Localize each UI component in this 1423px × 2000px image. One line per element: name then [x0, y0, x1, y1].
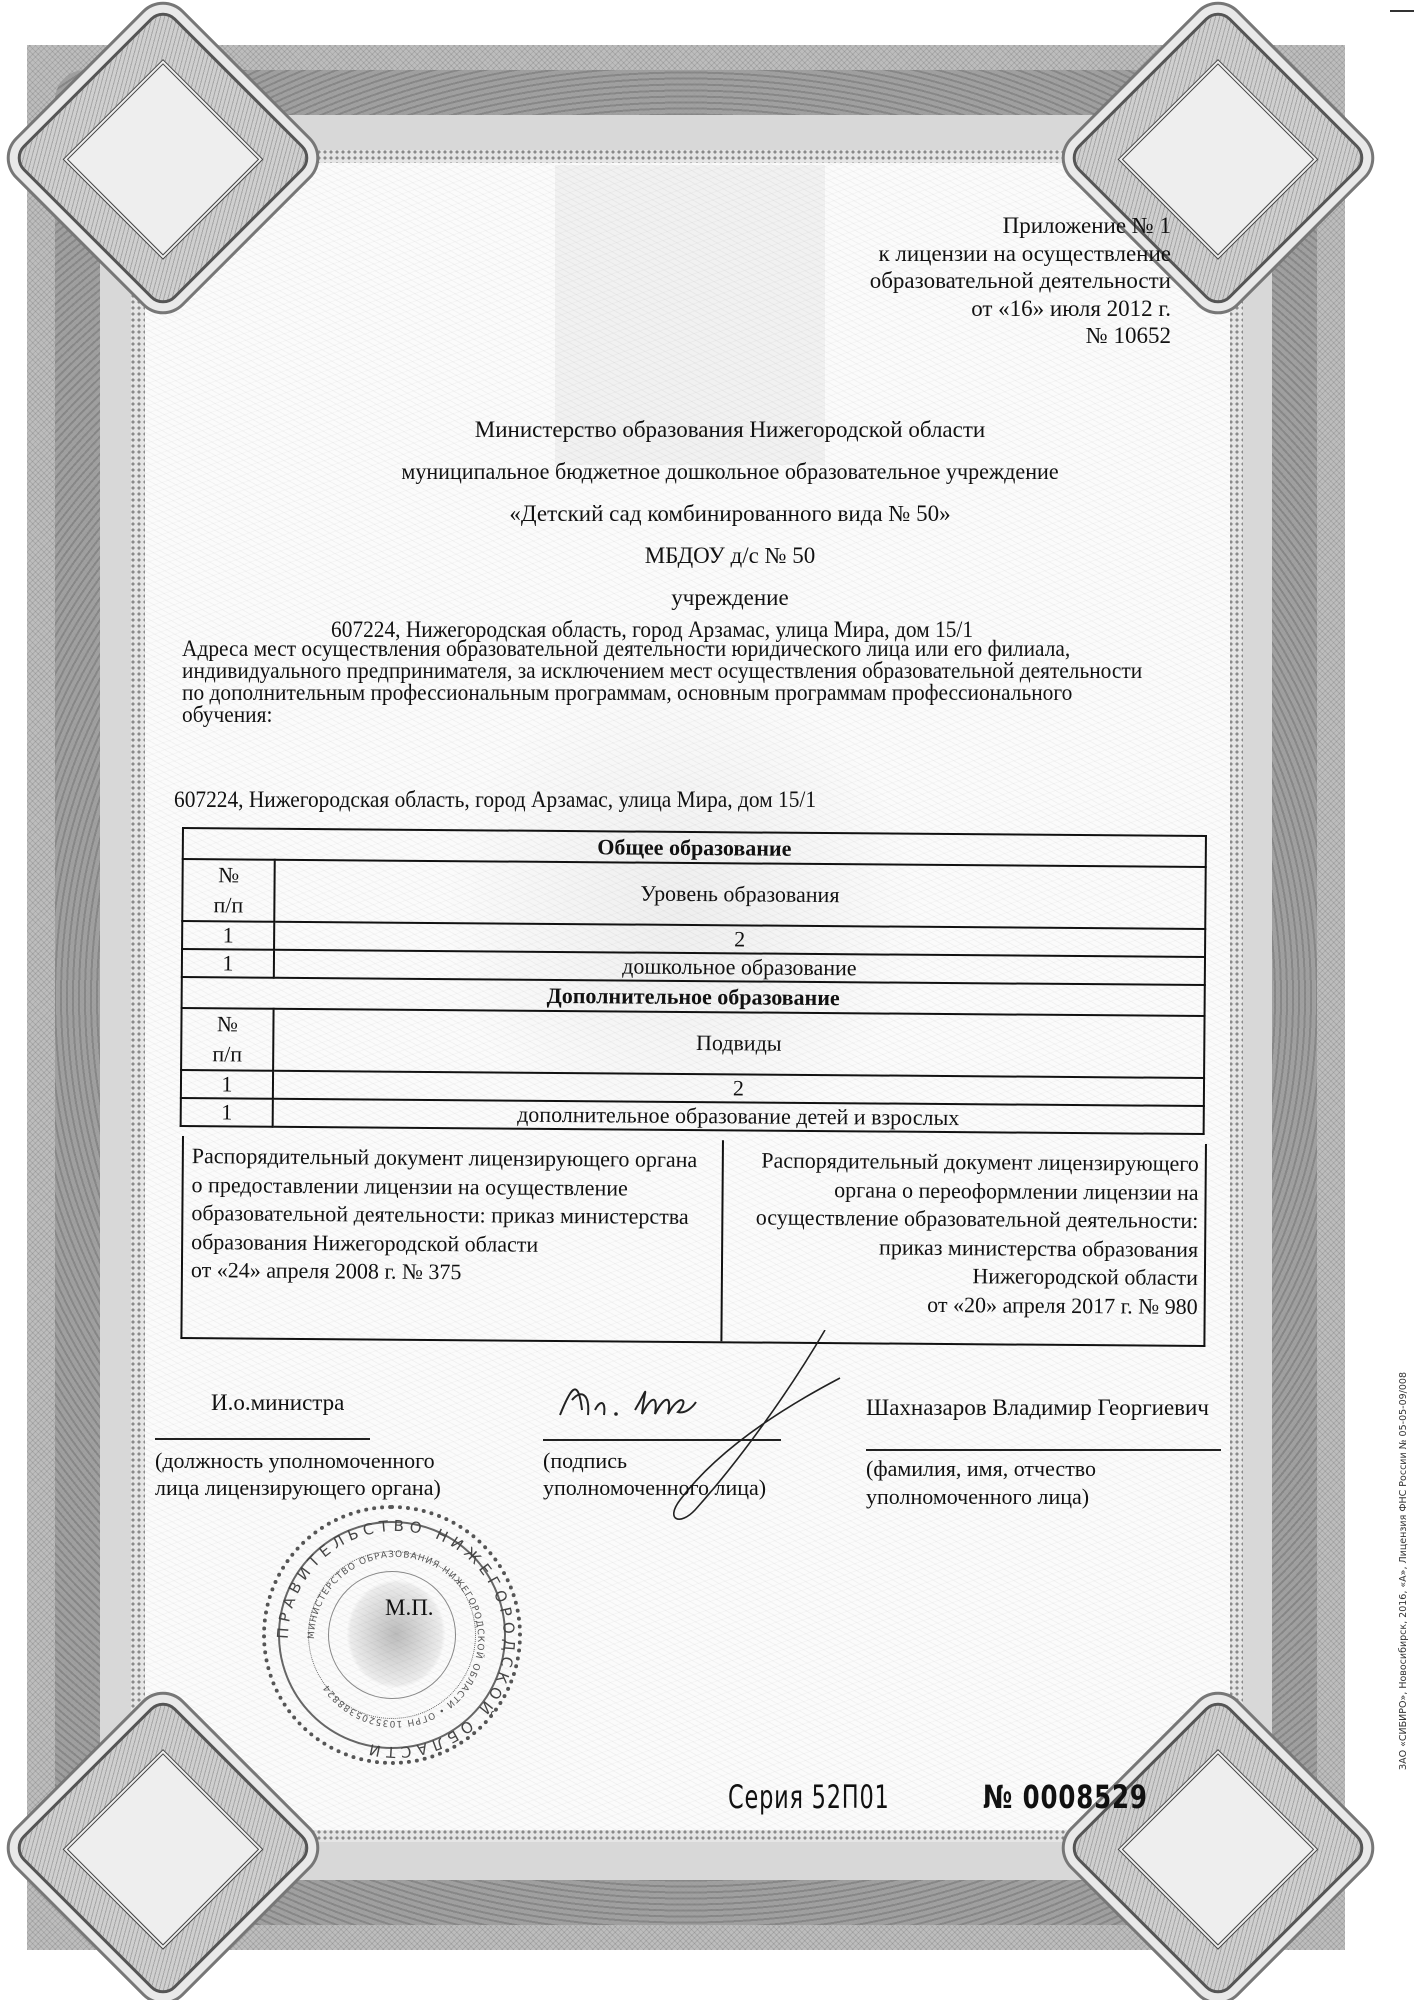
scan-mark: [1390, 10, 1414, 12]
numbering-cell: 1: [181, 1070, 273, 1099]
reissue-document-date: от «20» апреля 2017 г. № 980: [728, 1289, 1198, 1321]
signature-line: [543, 1439, 781, 1441]
appendix-date: от «16» июля 2012 г.: [870, 295, 1171, 323]
org-type: учреждение: [330, 584, 1130, 612]
form-number: № 0008529: [983, 1778, 1148, 1816]
position-caption-1: (должность уполномоченного: [155, 1448, 435, 1474]
appendix-reference: Приложение № 1 к лицензии на осуществлен…: [870, 212, 1171, 350]
official-seal: ПРАВИТЕЛЬСТВО НИЖЕГОРОДСКОЙ ОБЛАСТИ МИНИ…: [262, 1505, 522, 1765]
official-name: Шахназаров Владимир Георгиевич: [866, 1395, 1209, 1421]
org-full-name: муниципальное бюджетное дошкольное образ…: [346, 458, 1114, 486]
appendix-line-2: к лицензии на осуществление: [870, 240, 1171, 268]
appendix-line-3: образовательной деятельности: [870, 267, 1171, 295]
official-position: И.о.министра: [211, 1390, 344, 1416]
position-line: [155, 1438, 370, 1440]
column-header-number: № п/п: [182, 859, 274, 922]
stamp-placeholder: М.П.: [385, 1595, 434, 1621]
name-caption-2: уполномоченного лица): [866, 1484, 1089, 1510]
name-line: [866, 1449, 1221, 1451]
appendix-number: № 10652: [870, 322, 1171, 350]
addresses-intro: Адреса мест осуществления образовательно…: [182, 638, 1149, 726]
column-header-level: Уровень образования: [274, 860, 1205, 929]
grant-document: Распорядительный документ лицензирующего…: [191, 1142, 712, 1289]
column-divider: [720, 1140, 724, 1341]
grant-document-date: от «24» апреля 2008 г. № 375: [191, 1256, 711, 1289]
form-series: Серия 52П01: [728, 1778, 890, 1816]
reissue-document: Распорядительный документ лицензирующего…: [728, 1146, 1199, 1321]
seal-ring-text: ПРАВИТЕЛЬСТВО НИЖЕГОРОДСКОЙ ОБЛАСТИ МИНИ…: [266, 1509, 526, 1769]
administrative-documents: Распорядительный документ лицензирующего…: [180, 1136, 1207, 1347]
column-header-number: № п/п: [181, 1008, 273, 1071]
org-quoted-name: «Детский сад комбинированного вида № 50»: [330, 500, 1130, 528]
appendix-title: Приложение № 1: [870, 212, 1171, 240]
row-number: 1: [182, 949, 274, 978]
grant-document-text: Распорядительный документ лицензирующего…: [191, 1142, 712, 1260]
education-table: Общее образование № п/п Уровень образова…: [180, 827, 1207, 1135]
signature-caption-2: уполномоченного лица): [543, 1475, 766, 1501]
reissue-document-text: Распорядительный документ лицензирующего…: [728, 1146, 1199, 1292]
printer-imprint: ЗАО «СИБИРО», Новосибирск, 2016, «А», Ли…: [1398, 1372, 1409, 1770]
svg-text:МИНИСТЕРСТВО ОБРАЗОВАНИЯ НИЖЕГ: МИНИСТЕРСТВО ОБРАЗОВАНИЯ НИЖЕГОРОДСКОЙ О…: [307, 1550, 486, 1728]
signature-caption-1: (подпись: [543, 1448, 627, 1474]
name-caption-1: (фамилия, имя, отчество: [866, 1456, 1096, 1482]
position-caption-2: лица лицензирующего органа): [155, 1475, 441, 1501]
authority-name: Министерство образования Нижегородской о…: [330, 416, 1130, 444]
row-number: 1: [181, 1098, 273, 1127]
row-value: дополнительное образование детей и взрос…: [273, 1099, 1204, 1134]
column-header-subtype: Подвиды: [273, 1009, 1204, 1078]
org-short-name: МБДОУ д/с № 50: [330, 542, 1130, 570]
numbering-cell: 1: [182, 921, 274, 950]
activity-address: 607224, Нижегородская область, город Арз…: [174, 786, 816, 814]
